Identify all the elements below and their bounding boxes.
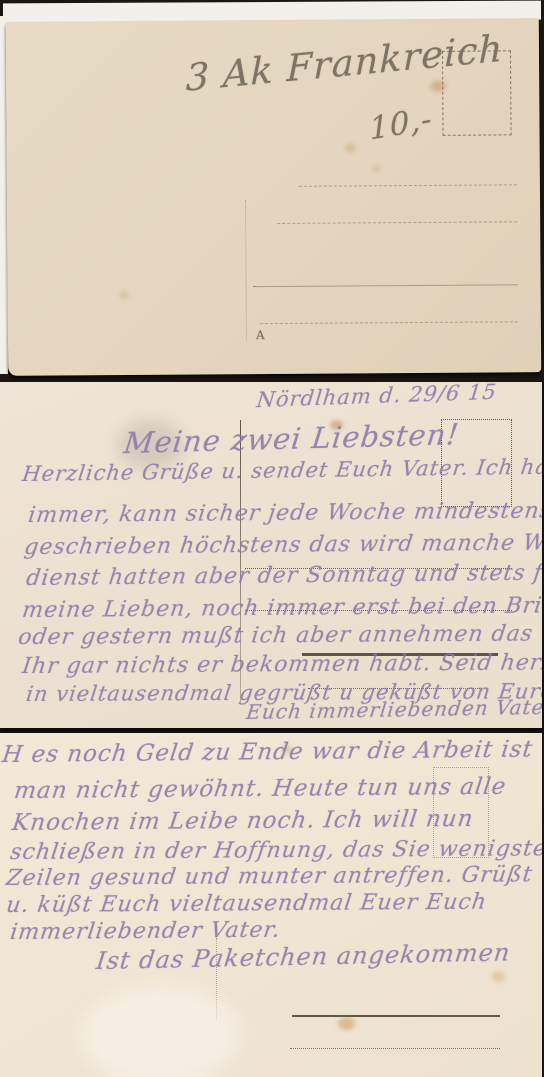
postscript-line: Ist das Paketchen angekommen (95, 938, 512, 975)
handwriting-line: dienst hatten aber der Sonntag und stets… (25, 560, 542, 591)
stain (338, 1017, 355, 1030)
corner-mark: A (256, 328, 266, 342)
address-line (254, 284, 518, 287)
address-line (292, 1015, 500, 1017)
postcard-middle: Nördlham d. 29/6 15 Meine zwei Liebsten!… (0, 382, 542, 728)
handwriting-line: oder gestern mußt ich aber annehmen das (17, 621, 535, 650)
divider-line (245, 200, 248, 340)
handwriting-line: u. küßt Euch vieltausendmal Euer Euch (5, 890, 489, 918)
stain (345, 143, 356, 152)
handwriting-line: geschrieben höchstens das wird manche Wo… (23, 529, 542, 560)
salutation: Meine zwei Liebsten! (122, 417, 461, 460)
address-line (290, 1048, 500, 1049)
handwriting-line: meine Lieben, noch immer erst bei den Br… (21, 593, 542, 623)
address-line (277, 221, 517, 224)
handwriting-line: man nicht gewöhnt. Heute tun uns alle (13, 774, 508, 804)
address-line (299, 184, 517, 187)
pencil-price: 10,- (368, 101, 433, 148)
stain (120, 291, 129, 299)
date-line: Nördlham d. 29/6 15 (255, 382, 498, 412)
stain (373, 165, 381, 172)
handwriting-line: Knochen im Leibe noch. Ich will nun (11, 806, 476, 836)
handwriting-line: immer, kann sicher jede Woche mindestens… (27, 498, 542, 528)
closing-line: Euch immerliebenden Vater. (245, 695, 542, 725)
handwriting-line: Ihr gar nichts er bekommen habt. Seid he… (21, 650, 542, 679)
address-line (260, 321, 518, 324)
handwriting-line: schließen in der Hoffnung, das Sie wenig… (9, 836, 542, 865)
handwriting-line: Zeilen gesund und munter antreffen. Grüß… (5, 862, 535, 891)
postcard-top: 3 Ak Frankreich 10,- A (6, 18, 541, 376)
handwriting-line: H es noch Geld zu Ende war die Arbeit is… (1, 736, 535, 768)
smudge (80, 985, 240, 1077)
stain (430, 81, 446, 92)
postcard-bottom: H es noch Geld zu Ende war die Arbeit is… (0, 733, 542, 1077)
stain (492, 971, 505, 982)
handwriting-line: immerliebender Vater. (9, 918, 283, 945)
